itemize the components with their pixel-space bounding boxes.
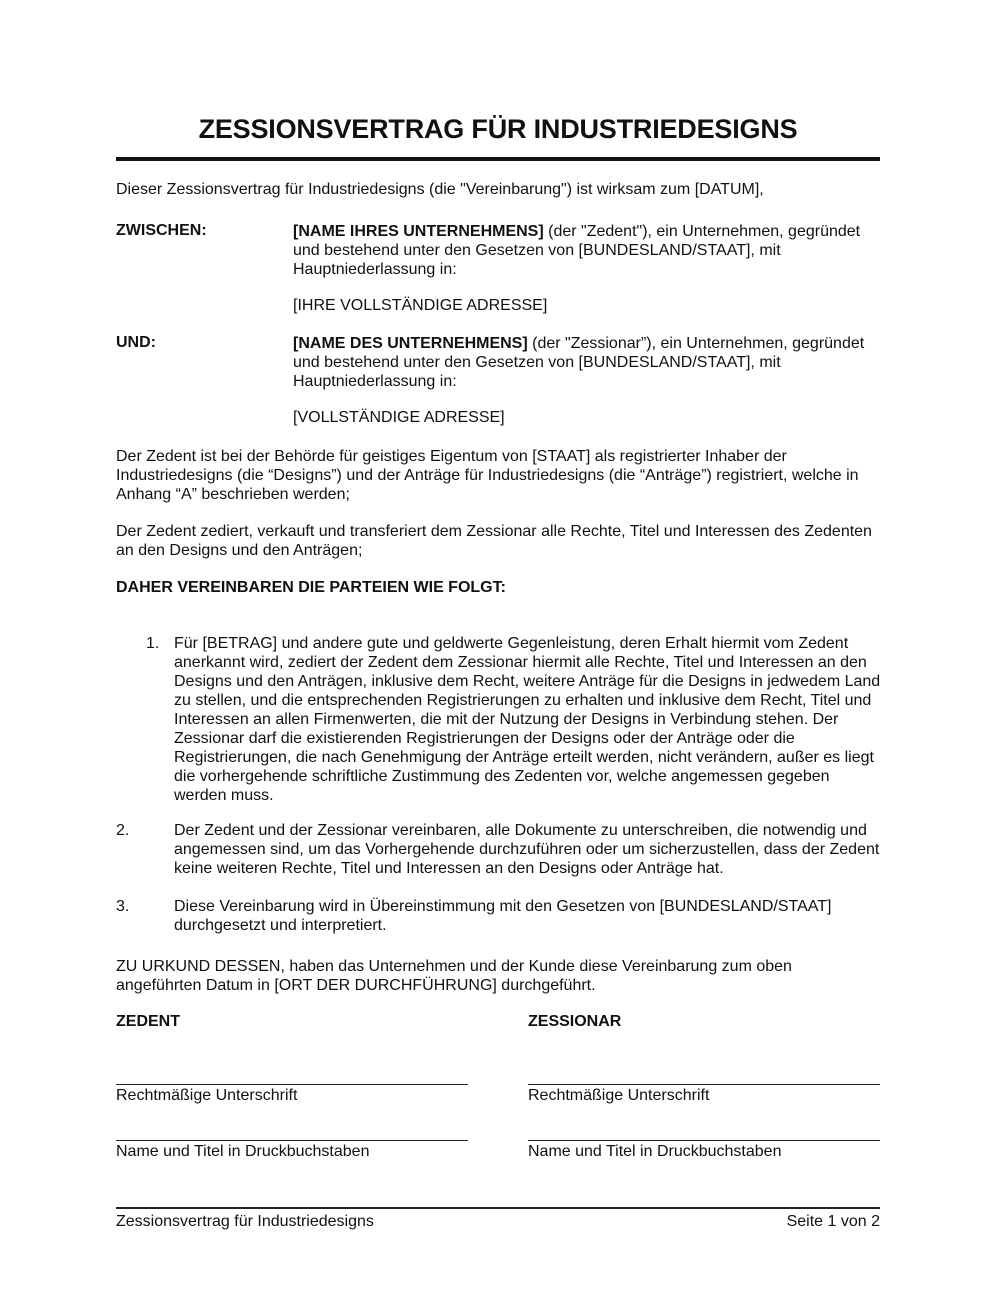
party-address: [IHRE VOLLSTÄNDIGE ADRESSE]: [293, 296, 883, 315]
signature-heading: ZESSIONAR: [528, 1013, 621, 1031]
agreement-heading: DAHER VEREINBAREN DIE PARTEIEN WIE FOLGT…: [116, 578, 880, 597]
signature-heading: ZEDENT: [116, 1013, 180, 1031]
clause-number: 3.: [116, 897, 129, 916]
party-label: UND:: [116, 334, 156, 352]
clause-text: Der Zedent und der Zessionar vereinbaren…: [174, 821, 884, 878]
party-description: [NAME DES UNTERNEHMENS] (der "Zessionar”…: [293, 334, 883, 391]
party-name: [NAME IHRES UNTERNEHMENS]: [293, 223, 544, 240]
party-label: ZWISCHEN:: [116, 222, 207, 240]
party-address: [VOLLSTÄNDIGE ADRESSE]: [293, 408, 883, 427]
intro-paragraph: Dieser Zessionsvertrag für Industriedesi…: [116, 180, 880, 199]
clause-number: 1.: [146, 634, 159, 653]
name-line[interactable]: [528, 1140, 880, 1141]
party-name: [NAME DES UNTERNEHMENS]: [293, 335, 528, 352]
clause-text: Für [BETRAG] und andere gute und geldwer…: [174, 634, 884, 805]
party-description: [NAME IHRES UNTERNEHMENS] (der "Zedent")…: [293, 222, 883, 279]
name-label: Name und Titel in Druckbuchstaben: [116, 1143, 369, 1161]
party-desc-rest: und bestehend unter den Gesetzen von [BU…: [293, 242, 781, 278]
document-title: ZESSIONSVERTRAG FÜR INDUSTRIEDESIGNS: [116, 114, 880, 145]
clause-text: Diese Vereinbarung wird in Übereinstimmu…: [174, 897, 884, 935]
title-divider: [116, 157, 880, 161]
footer-document-name: Zessionsvertrag für Industriedesigns: [116, 1213, 374, 1231]
name-label: Name und Titel in Druckbuchstaben: [528, 1143, 781, 1161]
recital-2: Der Zedent zediert, verkauft und transfe…: [116, 522, 880, 560]
clause-number: 2.: [116, 821, 129, 840]
signature-label: Rechtmäßige Unterschrift: [528, 1087, 709, 1105]
signature-line[interactable]: [528, 1084, 880, 1085]
party-desc-rest: und bestehend unter den Gesetzen von [BU…: [293, 354, 781, 390]
party-desc-line1: (der "Zessionar”), ein Unternehmen, gegr…: [528, 335, 865, 352]
signature-label: Rechtmäßige Unterschrift: [116, 1087, 297, 1105]
signature-line[interactable]: [116, 1084, 468, 1085]
party-desc-line1: (der "Zedent"), ein Unternehmen, gegründ…: [544, 223, 860, 240]
footer-divider: [116, 1207, 880, 1209]
recital-1: Der Zedent ist bei der Behörde für geist…: [116, 447, 880, 504]
name-line[interactable]: [116, 1140, 468, 1141]
footer-page-number: Seite 1 von 2: [787, 1213, 880, 1231]
witness-paragraph: ZU URKUND DESSEN, haben das Unternehmen …: [116, 957, 880, 995]
